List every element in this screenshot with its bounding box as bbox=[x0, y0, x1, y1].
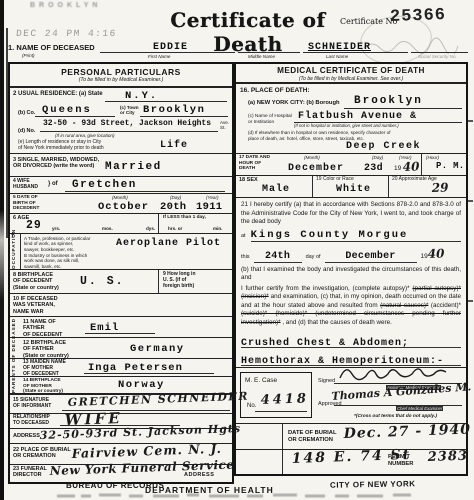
county-line bbox=[35, 116, 115, 117]
certify-seg1: I further certify from the investigation… bbox=[241, 285, 410, 292]
elsewhere-label: (d) If elsewhere than in hospital or own… bbox=[248, 130, 398, 141]
burial-date-label: DATE OF BURIAL OR CREMATION bbox=[288, 430, 337, 444]
father-name-line bbox=[85, 333, 155, 334]
father-birthplace-value: Germany bbox=[130, 343, 185, 355]
marital-value: Married bbox=[105, 161, 162, 173]
burial-place-label: 22 PLACE OF BURIAL OR CREMATION bbox=[13, 447, 71, 460]
me-case-signature-row: M. E. Case No. 4418 Signed Assistant Med… bbox=[236, 368, 466, 424]
death-certificate-scan: BROOKLYN Certificate of Death Certificat… bbox=[0, 0, 474, 500]
father-birthplace-row: 12 BIRTHPLACE OF FATHER (State or countr… bbox=[10, 338, 232, 359]
city-value: Brooklyn bbox=[143, 104, 205, 116]
spouse-label: 4 WIFE HUSBAND bbox=[13, 179, 38, 191]
name-of-deceased-label: 1. NAME OF DECEASED bbox=[8, 44, 95, 53]
place-of-death-label: 16. PLACE OF DEATH: bbox=[240, 87, 310, 95]
approx-age-value: 29 bbox=[432, 180, 449, 195]
father-name-row: 11 NAME OF FATHER OF DECEDENT Emil bbox=[10, 317, 232, 338]
veteran-row: 10 IF DECEASED WAS VETERAN, NAME WAR bbox=[10, 294, 232, 317]
death-day-value: 23d bbox=[364, 163, 383, 174]
this-year-value: 40 bbox=[427, 246, 444, 261]
street-line bbox=[40, 131, 218, 132]
edge-mark bbox=[468, 300, 473, 302]
permit-left-divider bbox=[282, 450, 283, 474]
age-value: 29 bbox=[26, 219, 42, 232]
age-less-label: If LESS than 1 day, bbox=[163, 215, 206, 221]
date-of-death-row: 17 DATE AND HOUR OF DEATH (Month) (Day) … bbox=[236, 154, 466, 176]
length-value: Life bbox=[160, 140, 188, 151]
occupation-b-label: B Industry or business in which work was… bbox=[24, 253, 87, 269]
faint-stamp-smudge bbox=[55, 491, 415, 500]
certify-seg4: , and (d) that the causes of death were. bbox=[282, 319, 392, 326]
me-case-no-value: 4418 bbox=[260, 391, 309, 408]
father-birthplace-label: 12 BIRTHPLACE OF FATHER (State or countr… bbox=[23, 340, 69, 359]
certify-paragraph-c: I further certify from the investigation… bbox=[241, 285, 461, 328]
birthplace-row: 8 BIRTHPLACE OF DECEDENT (State or count… bbox=[10, 270, 232, 294]
age-min-label: min. bbox=[213, 226, 222, 231]
county-value: Queens bbox=[42, 104, 92, 116]
mother-name-row: 13 MAIDEN NAME OF MOTHER OF DECEDENT Ing… bbox=[10, 359, 232, 377]
ssn-sub: Social Security No. bbox=[418, 54, 457, 59]
cause-1: Crushed Chest & Abdomen; bbox=[241, 338, 409, 349]
this-year-printed: 19 bbox=[421, 253, 428, 260]
state-line bbox=[105, 101, 227, 102]
elsewhere-value: Deep Creek bbox=[346, 141, 421, 152]
birthplace-value: U. S. bbox=[80, 275, 125, 288]
birth-month-value: October bbox=[98, 201, 149, 213]
this-day-value: 24th bbox=[254, 251, 302, 263]
age-yrs-label: yrs. bbox=[52, 226, 60, 231]
cross-out-note: *(Cross out terms that do not apply.) bbox=[354, 414, 437, 419]
length-label: (e) Length of residence or stay in City … bbox=[18, 140, 104, 152]
nyc-borough-label: (a) NEW YORK CITY: (b) Borough bbox=[248, 100, 340, 107]
personal-particulars-header: PERSONAL PARTICULARS (To be filled in by… bbox=[10, 64, 232, 88]
me-case-label: M. E. Case bbox=[245, 377, 277, 385]
state-value: N.Y. bbox=[125, 90, 158, 102]
medical-certificate-column: MEDICAL CERTIFICATE OF DEATH (To be fill… bbox=[234, 62, 468, 476]
personal-particulars-title: PERSONAL PARTICULARS bbox=[10, 64, 232, 77]
occupation-a-value: Aeroplane Pilot bbox=[116, 238, 221, 249]
spouse-line bbox=[65, 191, 225, 192]
age-divider bbox=[158, 214, 159, 233]
name-print-sub: (Print) bbox=[22, 53, 35, 58]
age-row: 6 AGE 29 yrs. mos. dys. If LESS than 1 d… bbox=[10, 214, 232, 234]
personal-particulars-column: PERSONAL PARTICULARS (To be filled in by… bbox=[8, 62, 234, 484]
medical-certificate-subtitle: (To be filled in by Medical Examiner. Se… bbox=[236, 76, 466, 82]
middle-name-sub: Middle Name bbox=[248, 54, 275, 59]
certify-seg2-struck: (natural causes)* bbox=[380, 302, 428, 309]
cause-of-death-line-1: Crushed Chest & Abdomen; bbox=[241, 332, 461, 348]
approx-age-label: 20 Approximate Age bbox=[392, 177, 437, 183]
birthplace-divider bbox=[158, 270, 159, 293]
birth-month-label: (Month) bbox=[112, 195, 128, 200]
name-row: 1. NAME OF DECEASED (Print) EDDIE First … bbox=[8, 40, 468, 60]
city-line bbox=[140, 116, 228, 117]
sex-value: Male bbox=[262, 184, 290, 195]
informant-label: 15 SIGNATURE OF INFORMANT bbox=[13, 398, 51, 410]
personal-particulars-subtitle: (To be filled in by Medical Examiner.) bbox=[10, 77, 232, 83]
relationship-label: RELATIONSHIP TO DECEASED bbox=[13, 415, 50, 427]
me-case-line bbox=[255, 411, 307, 412]
mother-birthplace-value: Norway bbox=[118, 379, 165, 391]
street-label: (d) No. bbox=[18, 128, 35, 134]
hospital-label: (c) Name of Hospital or Institution bbox=[248, 114, 292, 125]
spouse-row: 4 WIFE HUSBAND } of Gretchen bbox=[10, 177, 232, 194]
borough-value: Brooklyn bbox=[354, 95, 423, 107]
city-label: (c) Town or City bbox=[120, 105, 139, 115]
place-of-death-row: 16. PLACE OF DEATH: (a) NEW YORK CITY: (… bbox=[236, 84, 466, 154]
birth-day-value: 20th bbox=[160, 201, 186, 213]
assistant-me-signature bbox=[336, 362, 461, 384]
death-hour-value: P. M. bbox=[436, 161, 465, 171]
occupation-side-label: OCCUPATION bbox=[11, 240, 19, 269]
certify-date-line: this 24th day of December 19 40 bbox=[241, 247, 461, 263]
medical-certificate-header: MEDICAL CERTIFICATE OF DEATH (To be fill… bbox=[236, 64, 466, 84]
how-long-us-label: 9 How long in U. S. (if of foreign birth… bbox=[163, 272, 196, 290]
certify-paragraph-b: (b) that I examined the body and investi… bbox=[241, 266, 461, 283]
funeral-director-row: 23 FUNERAL DIRECTOR New York Funeral Ser… bbox=[10, 465, 232, 482]
death-month-value: December bbox=[288, 163, 344, 174]
age-hrs-label: hrs. or bbox=[168, 226, 182, 231]
taken-charge-line: at Kings County Morgue bbox=[241, 229, 461, 242]
date-of-birth-row: 5 DATE OF BIRTH OF DECEDENT (Month) (Day… bbox=[10, 194, 232, 214]
me-case-box: M. E. Case No. 4418 bbox=[240, 372, 312, 418]
last-name-value: SCHNEIDER bbox=[308, 42, 371, 53]
birth-year-label: (Year) bbox=[206, 195, 219, 200]
usual-residence-row: 2 USUAL RESIDENCE: (a) State N.Y. (b) Co… bbox=[10, 88, 232, 154]
occupation-row: 7 OCCUPATION A Trade, profession, or par… bbox=[10, 234, 232, 270]
hospital-value: Flatbush Avenue & bbox=[298, 111, 417, 122]
certification-block: 21 I hereby certify (a) that in accordan… bbox=[236, 198, 466, 368]
last-name-sub: Last Name bbox=[326, 54, 348, 59]
mother-birthplace-label: 14 BIRTHPLACE OF MOTHER (State or countr… bbox=[23, 378, 63, 395]
marital-status-row: 3 SINGLE, MARRIED, WIDOWED, OR DIVORCED … bbox=[10, 154, 232, 177]
ssn-line bbox=[411, 52, 468, 53]
occupation-strip-divider bbox=[20, 234, 21, 269]
faint-borough-stamp: BROOKLYN bbox=[30, 2, 101, 9]
at-label: at bbox=[241, 233, 246, 239]
county-label: (b) Co. bbox=[18, 110, 35, 116]
occupation-a-label: A Trade, profession, or particular kind … bbox=[24, 236, 90, 252]
funeral-director-label: 23 FUNERAL DIRECTOR bbox=[13, 466, 47, 479]
mother-name-line bbox=[84, 373, 214, 374]
this-label: this bbox=[241, 254, 250, 260]
death-month-label: (Month) bbox=[304, 155, 320, 160]
informant-address-label: ADDRESS bbox=[13, 433, 40, 439]
mother-name-label: 13 MAIDEN NAME OF MOTHER OF DECEDENT bbox=[23, 360, 66, 378]
day-of-label: day of bbox=[306, 254, 321, 260]
birth-day-label: (Day) bbox=[170, 195, 181, 200]
medical-certificate-title: MEDICAL CERTIFICATE OF DEATH bbox=[236, 64, 466, 76]
chief-me-title: Chief Medical Examiner bbox=[396, 406, 443, 411]
age-dys-label: dys. bbox=[146, 226, 155, 231]
father-name-label: 11 NAME OF FATHER OF DECEDENT bbox=[23, 319, 62, 338]
race-value: White bbox=[336, 184, 371, 195]
hour-divider bbox=[421, 154, 422, 175]
sex-race-divider bbox=[312, 176, 313, 197]
birth-label: 5 DATE OF BIRTH OF DECEDENT bbox=[13, 195, 39, 212]
rural-note: (If in rural area, give location) bbox=[55, 133, 115, 138]
certify-paragraph-a: 21 I hereby certify (a) that in accordan… bbox=[241, 201, 461, 227]
edge-mark bbox=[468, 120, 473, 122]
this-month-value: December bbox=[325, 251, 417, 263]
spouse-brace: } of bbox=[48, 181, 58, 188]
morgue-value: Kings County Morgue bbox=[251, 229, 461, 242]
street-value: 32-50 - 93d Street, Jackson Heights bbox=[43, 119, 211, 128]
hospital-note: (If not in hospital or institution, give… bbox=[294, 123, 399, 128]
death-hour-label: (Hour) bbox=[426, 155, 439, 160]
signed-label: Signed bbox=[318, 378, 335, 384]
birthplace-label: 8 BIRTHPLACE OF DECEDENT (State or count… bbox=[13, 272, 59, 291]
first-name-sub: First Name bbox=[148, 54, 170, 59]
death-day-label: (Day) bbox=[372, 155, 383, 160]
middle-name-line bbox=[238, 52, 300, 53]
borough-line bbox=[344, 108, 462, 109]
permit-number-value: 2383 bbox=[427, 449, 468, 465]
permit-number-label: PERMIT NUMBER bbox=[388, 454, 413, 468]
received-date-stamp: DEC 24 PM 4:16 bbox=[16, 28, 118, 39]
sex-label: 18 SEX bbox=[239, 177, 258, 183]
death-year-printed: 19 bbox=[394, 165, 401, 172]
binding-bar bbox=[0, 0, 4, 500]
burial-date-left-divider bbox=[282, 424, 283, 449]
parents-side-label: PARENTS OF DECEASED bbox=[11, 317, 20, 394]
city-of-new-york-label: CITY OF NEW YORK bbox=[330, 479, 416, 490]
age-mos-label: mos. bbox=[102, 226, 113, 231]
burial-date-value: Dec. 27 - 1940 bbox=[343, 422, 471, 442]
first-name-value: EDDIE bbox=[153, 42, 188, 53]
director-address-permit-row: 148 E. 74 St PERMIT NUMBER 2383 bbox=[236, 450, 466, 474]
race-age-divider bbox=[388, 176, 389, 197]
certify-seg3: (accident)* bbox=[431, 302, 461, 309]
veteran-label: 10 IF DECEASED WAS VETERAN, NAME WAR bbox=[13, 296, 58, 315]
sex-race-age-row: 18 SEX Male 19 Color or Race White 20 Ap… bbox=[236, 176, 466, 198]
marital-label: 3 SINGLE, MARRIED, WIDOWED, OR DIVORCED … bbox=[13, 157, 99, 170]
me-case-no-label: No. bbox=[247, 403, 256, 409]
race-label: 19 Color or Race bbox=[316, 177, 354, 183]
date-of-death-label: 17 DATE AND HOUR OF DEATH bbox=[239, 155, 270, 172]
ave-st-label: Ave. St. bbox=[220, 120, 229, 130]
burial-date-row: DATE OF BURIAL OR CREMATION Dec. 27 - 19… bbox=[236, 424, 466, 450]
death-year-value: 40 bbox=[403, 159, 420, 174]
spouse-value: Gretchen bbox=[72, 179, 137, 191]
edge-mark bbox=[468, 200, 473, 202]
residence-label: 2 USUAL RESIDENCE: (a) State bbox=[13, 91, 103, 98]
birth-year-value: 1911 bbox=[196, 201, 222, 213]
